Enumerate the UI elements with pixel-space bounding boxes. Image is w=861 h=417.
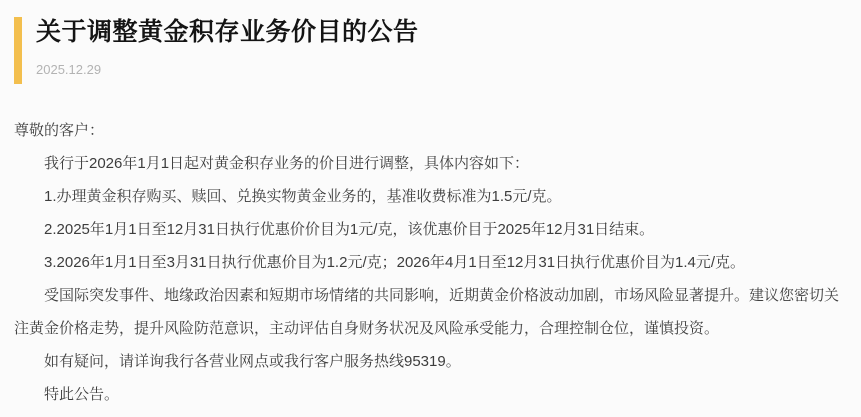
paragraph-intro: 我行于2026年1月1日起对黄金积存业务的价目进行调整，具体内容如下： xyxy=(14,147,846,180)
publish-date: 2025.12.29 xyxy=(36,62,841,77)
paragraph-item-2: 2.2025年1月1日至12月31日执行优惠价价目为1元/克，该优惠价目于202… xyxy=(14,213,846,246)
paragraph-item-1: 1.办理黄金积存购买、赎回、兑换实物黄金业务的，基准收费标准为1.5元/克。 xyxy=(14,180,846,213)
paragraph-closing: 特此公告。 xyxy=(14,378,846,411)
paragraph-contact: 如有疑问，请详询我行各营业网点或我行客户服务热线95319。 xyxy=(14,345,846,378)
announcement-header: 关于调整黄金积存业务价目的公告 2025.12.29 xyxy=(0,0,861,77)
title-accent-bar xyxy=(14,17,22,84)
announcement-page: 关于调整黄金积存业务价目的公告 2025.12.29 尊敬的客户： 我行于202… xyxy=(0,0,861,417)
paragraph-item-3: 3.2026年1月1日至3月31日执行优惠价目为1.2元/克；2026年4月1日… xyxy=(14,246,846,279)
paragraph-risk-notice: 受国际突发事件、地缘政治因素和短期市场情绪的共同影响，近期黄金价格波动加剧，市场… xyxy=(14,279,846,345)
announcement-body: 尊敬的客户： 我行于2026年1月1日起对黄金积存业务的价目进行调整，具体内容如… xyxy=(0,77,861,411)
page-title: 关于调整黄金积存业务价目的公告 xyxy=(36,16,841,49)
paragraph-salutation: 尊敬的客户： xyxy=(14,114,846,147)
